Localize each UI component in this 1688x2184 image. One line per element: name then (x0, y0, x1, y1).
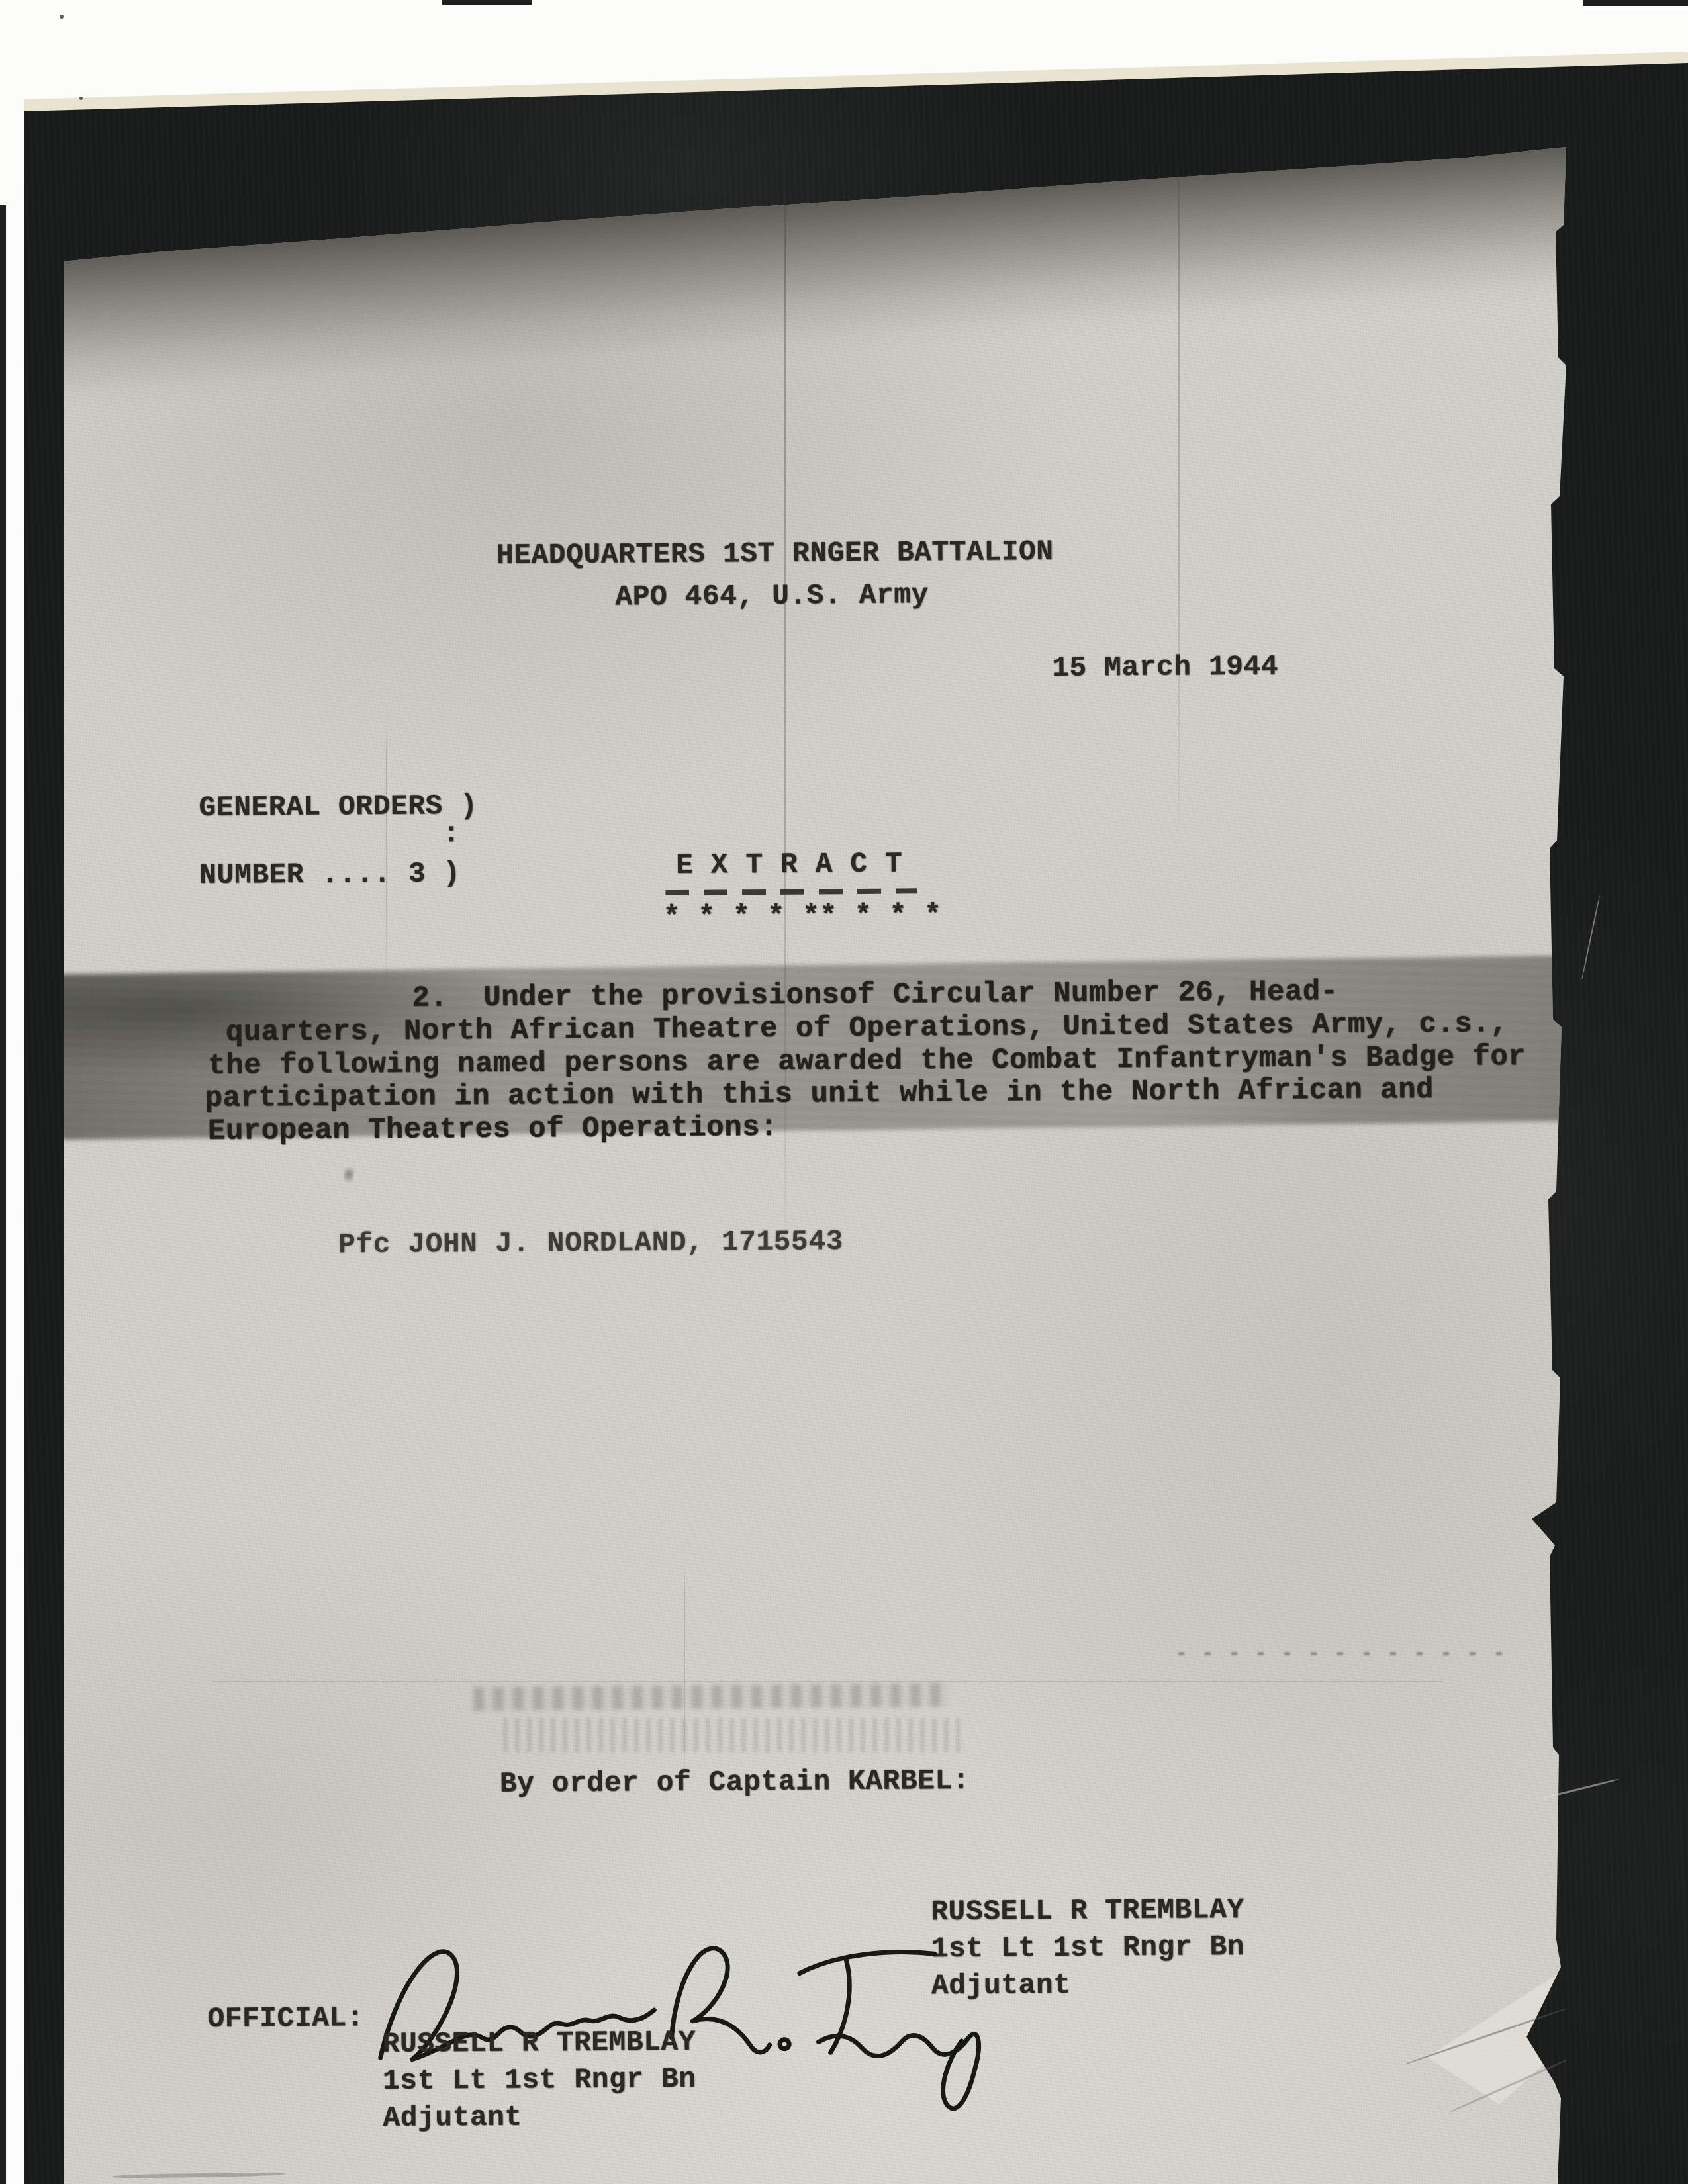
official-label: OFFICIAL: (207, 2001, 364, 2035)
asterisk-separator: * * * * ** * * * (663, 899, 942, 933)
paragraph-line: European Theatres of Operations: (208, 1111, 778, 1148)
orders-colon: : (443, 817, 461, 850)
adjutant-title-left: Adjutant (383, 2101, 522, 2134)
date-line: 15 March 1944 (1052, 651, 1278, 684)
header-line-2: APO 464, U.S. Army (615, 578, 929, 613)
header-line-1: HEADQUARTERS 1ST RNGER BATTALION (496, 535, 1054, 572)
adjutant-name-left: RUSSELL R TREMBLAY (382, 2026, 696, 2060)
awardee-line: Pfc JOHN J. NORDLAND, 1715543 (338, 1225, 843, 1261)
adjutant-rank-left: 1st Lt 1st Rngr Bn (383, 2063, 696, 2097)
document-text-layer: HEADQUARTERS 1ST RNGER BATTALION APO 464… (0, 0, 1688, 2184)
orders-number-label: NUMBER .... 3 ) (199, 857, 461, 891)
general-orders-label: GENERAL ORDERS ) (199, 790, 477, 824)
by-order-line: By order of Captain KARBEL: (500, 1764, 970, 1800)
extract-underline (665, 888, 917, 895)
extract-title: E X T R A C T (676, 848, 902, 882)
scanned-document-page: HEADQUARTERS 1ST RNGER BATTALION APO 464… (0, 0, 1688, 2184)
handwritten-signature (354, 1911, 1017, 2134)
